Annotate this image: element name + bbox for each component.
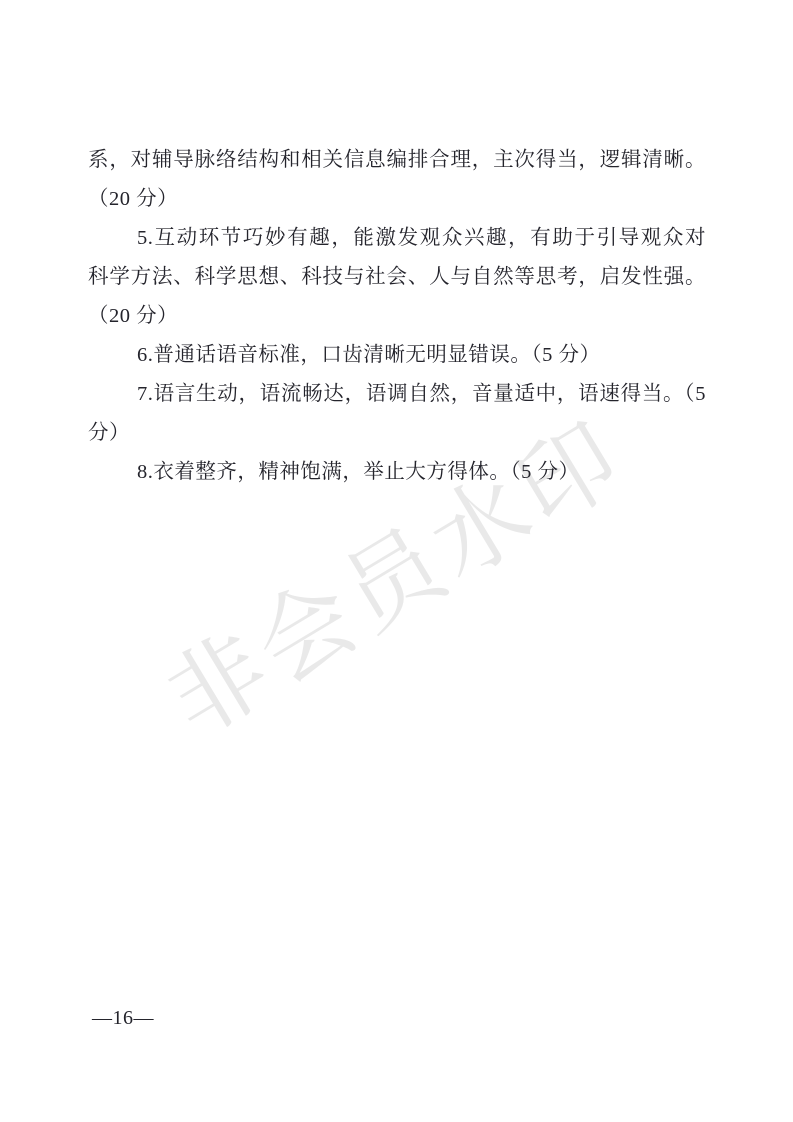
text-line-item-8: 8.衣着整齐，精神饱满，举止大方得体。（5 分）: [88, 453, 706, 492]
page-number: —16—: [92, 1007, 154, 1030]
text-line: 科学方法、科学思想、科技与社会、人与自然等思考，启发性强。: [88, 258, 706, 297]
text-line-item-6: 6.普通话语音标准，口齿清晰无明显错误。（5 分）: [88, 336, 706, 375]
text-line-score: （20 分）: [88, 297, 706, 336]
text-line-continuation: 分）: [88, 414, 706, 453]
text-line-item-5: 5.互动环节巧妙有趣，能激发观众兴趣，有助于引导观众对: [88, 219, 706, 258]
text-line-item-7: 7.语言生动，语流畅达，语调自然，音量适中，语速得当。（5: [88, 375, 706, 414]
text-block: 系，对辅导脉络结构和相关信息编排合理，主次得当，逻辑清晰。 （20 分） 5.互…: [88, 141, 706, 492]
text-line: 系，对辅导脉络结构和相关信息编排合理，主次得当，逻辑清晰。: [88, 141, 706, 180]
text-line-score: （20 分）: [88, 180, 706, 219]
document-page: 非会员水印 系，对辅导脉络结构和相关信息编排合理，主次得当，逻辑清晰。 （20 …: [0, 0, 793, 1122]
